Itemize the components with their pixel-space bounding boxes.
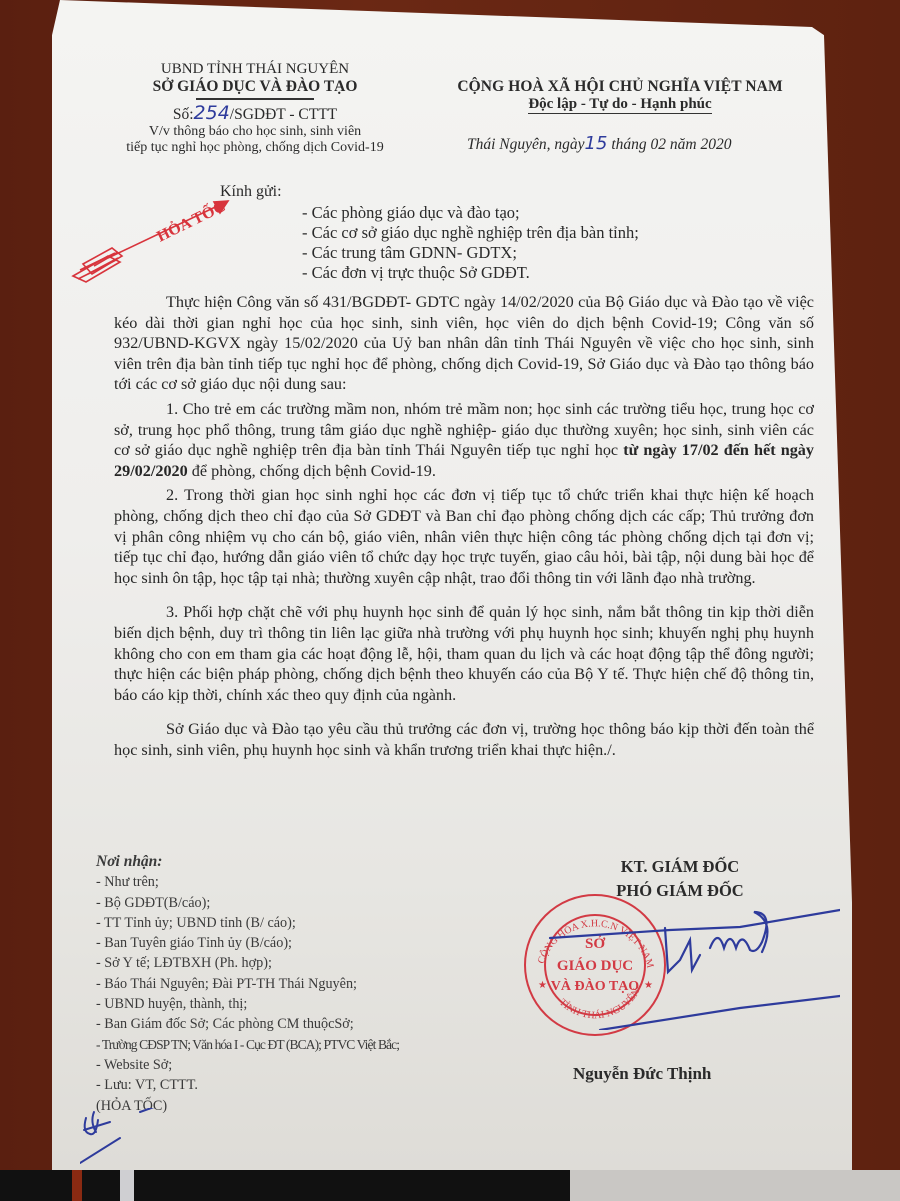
handwritten-initials-icon bbox=[80, 1108, 170, 1168]
document-date: Thái Nguyên, ngày15 tháng 02 năm 2020 bbox=[467, 133, 731, 154]
recipient-item: - Các trung tâm GDNN- GDTX; bbox=[302, 243, 639, 263]
nation-title: CỘNG HOÀ XÃ HỘI CHỦ NGHĨA VIỆT NAM bbox=[420, 78, 820, 96]
recipient-item: - Các cơ sở giáo dục nghề nghiệp trên đị… bbox=[302, 223, 639, 243]
subject-line-1: V/v thông báo cho học sinh, sinh viên bbox=[95, 124, 415, 140]
header-rule bbox=[196, 98, 314, 100]
item-3-paragraph: 3. Phối hợp chặt chẽ với phụ huynh học s… bbox=[114, 602, 814, 705]
motto: Độc lập - Tự do - Hạnh phúc bbox=[420, 96, 820, 113]
object-strip bbox=[72, 1170, 82, 1201]
salutation: Kính gửi: bbox=[220, 183, 282, 201]
distribution-item: - Trường CĐSP TN; Văn hóa I - Cục ĐT (BC… bbox=[96, 1035, 399, 1055]
signer-title-1: KT. GIÁM ĐỐC bbox=[560, 855, 800, 879]
distribution-item: - Ban Tuyên giáo Tỉnh ủy (B/cáo); bbox=[96, 933, 399, 953]
object-strip bbox=[120, 1170, 134, 1201]
distribution-item: - Báo Thái Nguyên; Đài PT-TH Thái Nguyên… bbox=[96, 974, 399, 994]
item-1-paragraph: 1. Cho trẻ em các trường mầm non, nhóm t… bbox=[114, 399, 814, 481]
recipient-item: - Các đơn vị trực thuộc Sở GDĐT. bbox=[302, 263, 639, 283]
desk-bottom-edge bbox=[0, 1170, 900, 1201]
urgent-stamp-label: HỎA TỐC bbox=[153, 195, 228, 245]
handwritten-signature-icon bbox=[540, 900, 840, 1030]
recipient-list: - Các phòng giáo dục và đào tạo; - Các c… bbox=[302, 203, 639, 283]
authority-name: UBND TỈNH THÁI NGUYÊN bbox=[95, 60, 415, 78]
distribution-item: - Website Sở; bbox=[96, 1055, 399, 1075]
date-day-handwritten: 15 bbox=[585, 133, 608, 154]
distribution-item: - TT Tỉnh ủy; UBND tỉnh (B/ cáo); bbox=[96, 913, 399, 933]
doc-number-handwritten: 254 bbox=[194, 102, 230, 124]
subject-line-2: tiếp tục nghỉ học phòng, chống dịch Covi… bbox=[95, 140, 415, 156]
document-body: Thực hiện Công văn số 431/BGDĐT- GDTC ng… bbox=[114, 292, 814, 760]
item-2-paragraph: 2. Trong thời gian học sinh nghỉ học các… bbox=[114, 485, 814, 588]
distribution-item: - Bộ GDĐT(B/cáo); bbox=[96, 893, 399, 913]
doc-number-prefix: Số: bbox=[173, 106, 194, 123]
distribution-item: - Sở Y tế; LĐTBXH (Ph. hợp); bbox=[96, 953, 399, 973]
document-number: Số:254/SGDĐT - CTTT bbox=[95, 104, 415, 124]
date-suffix: tháng 02 năm 2020 bbox=[607, 136, 731, 153]
header-left: UBND TỈNH THÁI NGUYÊN SỞ GIÁO DỤC VÀ ĐÀO… bbox=[95, 60, 415, 156]
distribution-item: - Lưu: VT, CTTT. bbox=[96, 1075, 399, 1095]
distribution-item: - Ban Giám đốc Sở; Các phòng CM thuộcSở; bbox=[96, 1014, 399, 1034]
closing-paragraph: Sở Giáo dục và Đào tạo yêu cầu thủ trưởn… bbox=[114, 719, 814, 760]
distribution-title: Nơi nhận: bbox=[96, 852, 399, 872]
desk-surface bbox=[570, 1170, 900, 1201]
doc-number-suffix: /SGDĐT - CTTT bbox=[230, 106, 337, 123]
item-1-text-end: để phòng, chống dịch bệnh Covid-19. bbox=[188, 462, 436, 480]
distribution-item: - UBND huyện, thành, thị; bbox=[96, 994, 399, 1014]
header-right: CỘNG HOÀ XÃ HỘI CHỦ NGHĨA VIỆT NAM Độc l… bbox=[420, 78, 820, 113]
intro-paragraph: Thực hiện Công văn số 431/BGDĐT- GDTC ng… bbox=[114, 292, 814, 395]
signer-name: Nguyễn Đức Thịnh bbox=[573, 1064, 711, 1084]
distribution-list: Nơi nhận: - Như trên; - Bộ GDĐT(B/cáo); … bbox=[96, 852, 399, 1116]
recipient-item: - Các phòng giáo dục và đào tạo; bbox=[302, 203, 639, 223]
motto-text: Độc lập - Tự do - Hạnh phúc bbox=[528, 96, 711, 114]
date-prefix: Thái Nguyên, ngày bbox=[467, 136, 585, 153]
department-name: SỞ GIÁO DỤC VÀ ĐÀO TẠO bbox=[95, 78, 415, 96]
distribution-item: - Như trên; bbox=[96, 872, 399, 892]
